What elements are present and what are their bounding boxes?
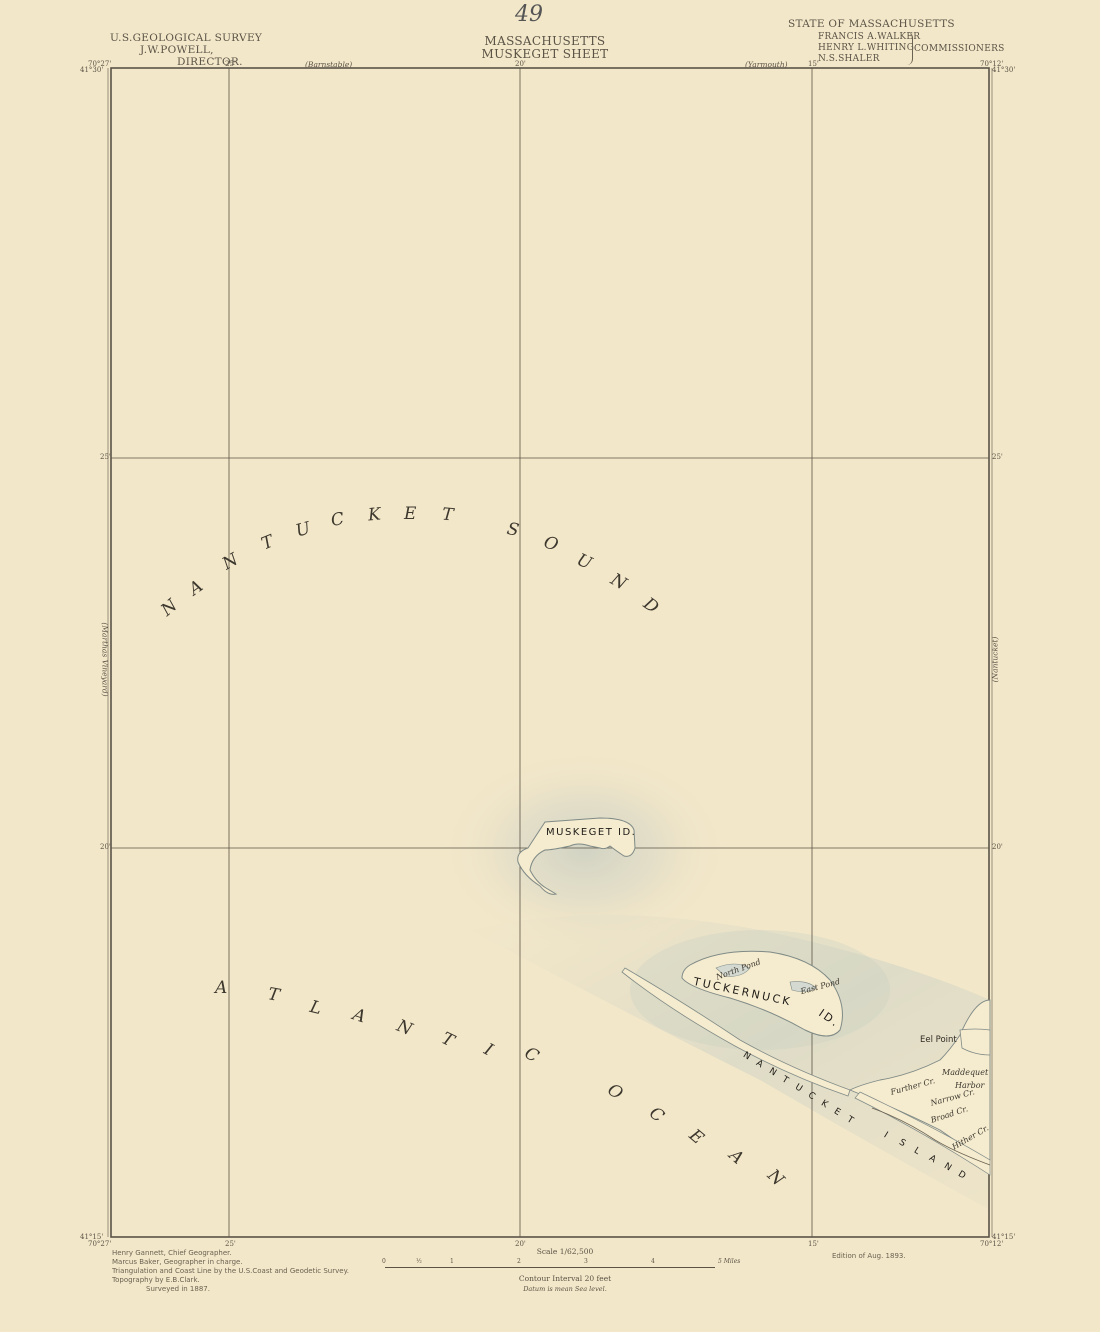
credit-line: Henry Gannett, Chief Geographer.: [112, 1249, 349, 1258]
lat-label-ne: 41°30': [992, 66, 1015, 74]
adjoining-sheet-yarmouth: (Yarmouth): [745, 60, 788, 69]
scale-block: Scale 1/62,500 0 ½ 1 2 3 4 5 Miles Conto…: [375, 1247, 755, 1293]
scale-tick: ½: [416, 1258, 422, 1265]
credits-block: Henry Gannett, Chief Geographer. Marcus …: [112, 1249, 349, 1294]
lat-tick-20-west: 20': [100, 843, 111, 851]
map-canvas: [0, 0, 1100, 1332]
adjoining-sheet-nantucket: (Nantucket): [991, 630, 1000, 690]
label-muskeget-island: MUSKEGET ID.: [546, 827, 636, 838]
lon-tick-25: 25': [225, 60, 236, 68]
lon-tick-15: 15': [808, 60, 819, 68]
lon-label-se: 70°12': [980, 1240, 1003, 1248]
scale-ratio: Scale 1/62,500: [375, 1247, 755, 1256]
adjoining-sheet-barnstable: (Barnstable): [305, 60, 352, 69]
lon-label-sw: 70°27': [88, 1240, 111, 1248]
lat-tick-20-east: 20': [992, 843, 1003, 851]
credit-line: Surveyed in 1887.: [112, 1285, 349, 1294]
lat-tick-25-east: 25': [992, 453, 1003, 461]
contour-interval: Contour Interval 20 feet: [375, 1274, 755, 1283]
letter: E: [404, 504, 416, 524]
datum-note: Datum is mean Sea level.: [375, 1285, 755, 1293]
letter: T: [441, 505, 454, 526]
scale-tick: 0: [382, 1258, 386, 1265]
lon-tick-15-bottom: 15': [808, 1240, 819, 1248]
label-eel-point: Eel Point: [920, 1035, 957, 1045]
label-maddequet: Maddequet: [942, 1068, 988, 1077]
scale-tick: 1: [450, 1258, 454, 1265]
lon-tick-20: 20': [515, 60, 526, 68]
credit-line: Topography by E.B.Clark.: [112, 1276, 349, 1285]
credit-line: Marcus Baker, Geographer in charge.: [112, 1258, 349, 1267]
scale-tick: 3: [584, 1258, 588, 1265]
lon-tick-25-bottom: 25': [225, 1240, 236, 1248]
scale-tick: 4: [651, 1258, 655, 1265]
scale-tick: 2: [517, 1258, 521, 1265]
adjoining-sheet-marthas-vineyard: (Marthas Vineyard): [101, 615, 110, 705]
lat-tick-25-west: 25': [100, 453, 111, 461]
letter: A: [215, 978, 227, 998]
scale-bar: 0 ½ 1 2 3 4 5 Miles: [380, 1258, 750, 1272]
scale-tick: 5 Miles: [718, 1258, 740, 1265]
edition-note: Edition of Aug. 1893.: [832, 1252, 906, 1260]
letter: K: [367, 504, 381, 525]
credit-line: Triangulation and Coast Line by the U.S.…: [112, 1267, 349, 1276]
lat-label-nw: 41°30': [80, 66, 103, 74]
